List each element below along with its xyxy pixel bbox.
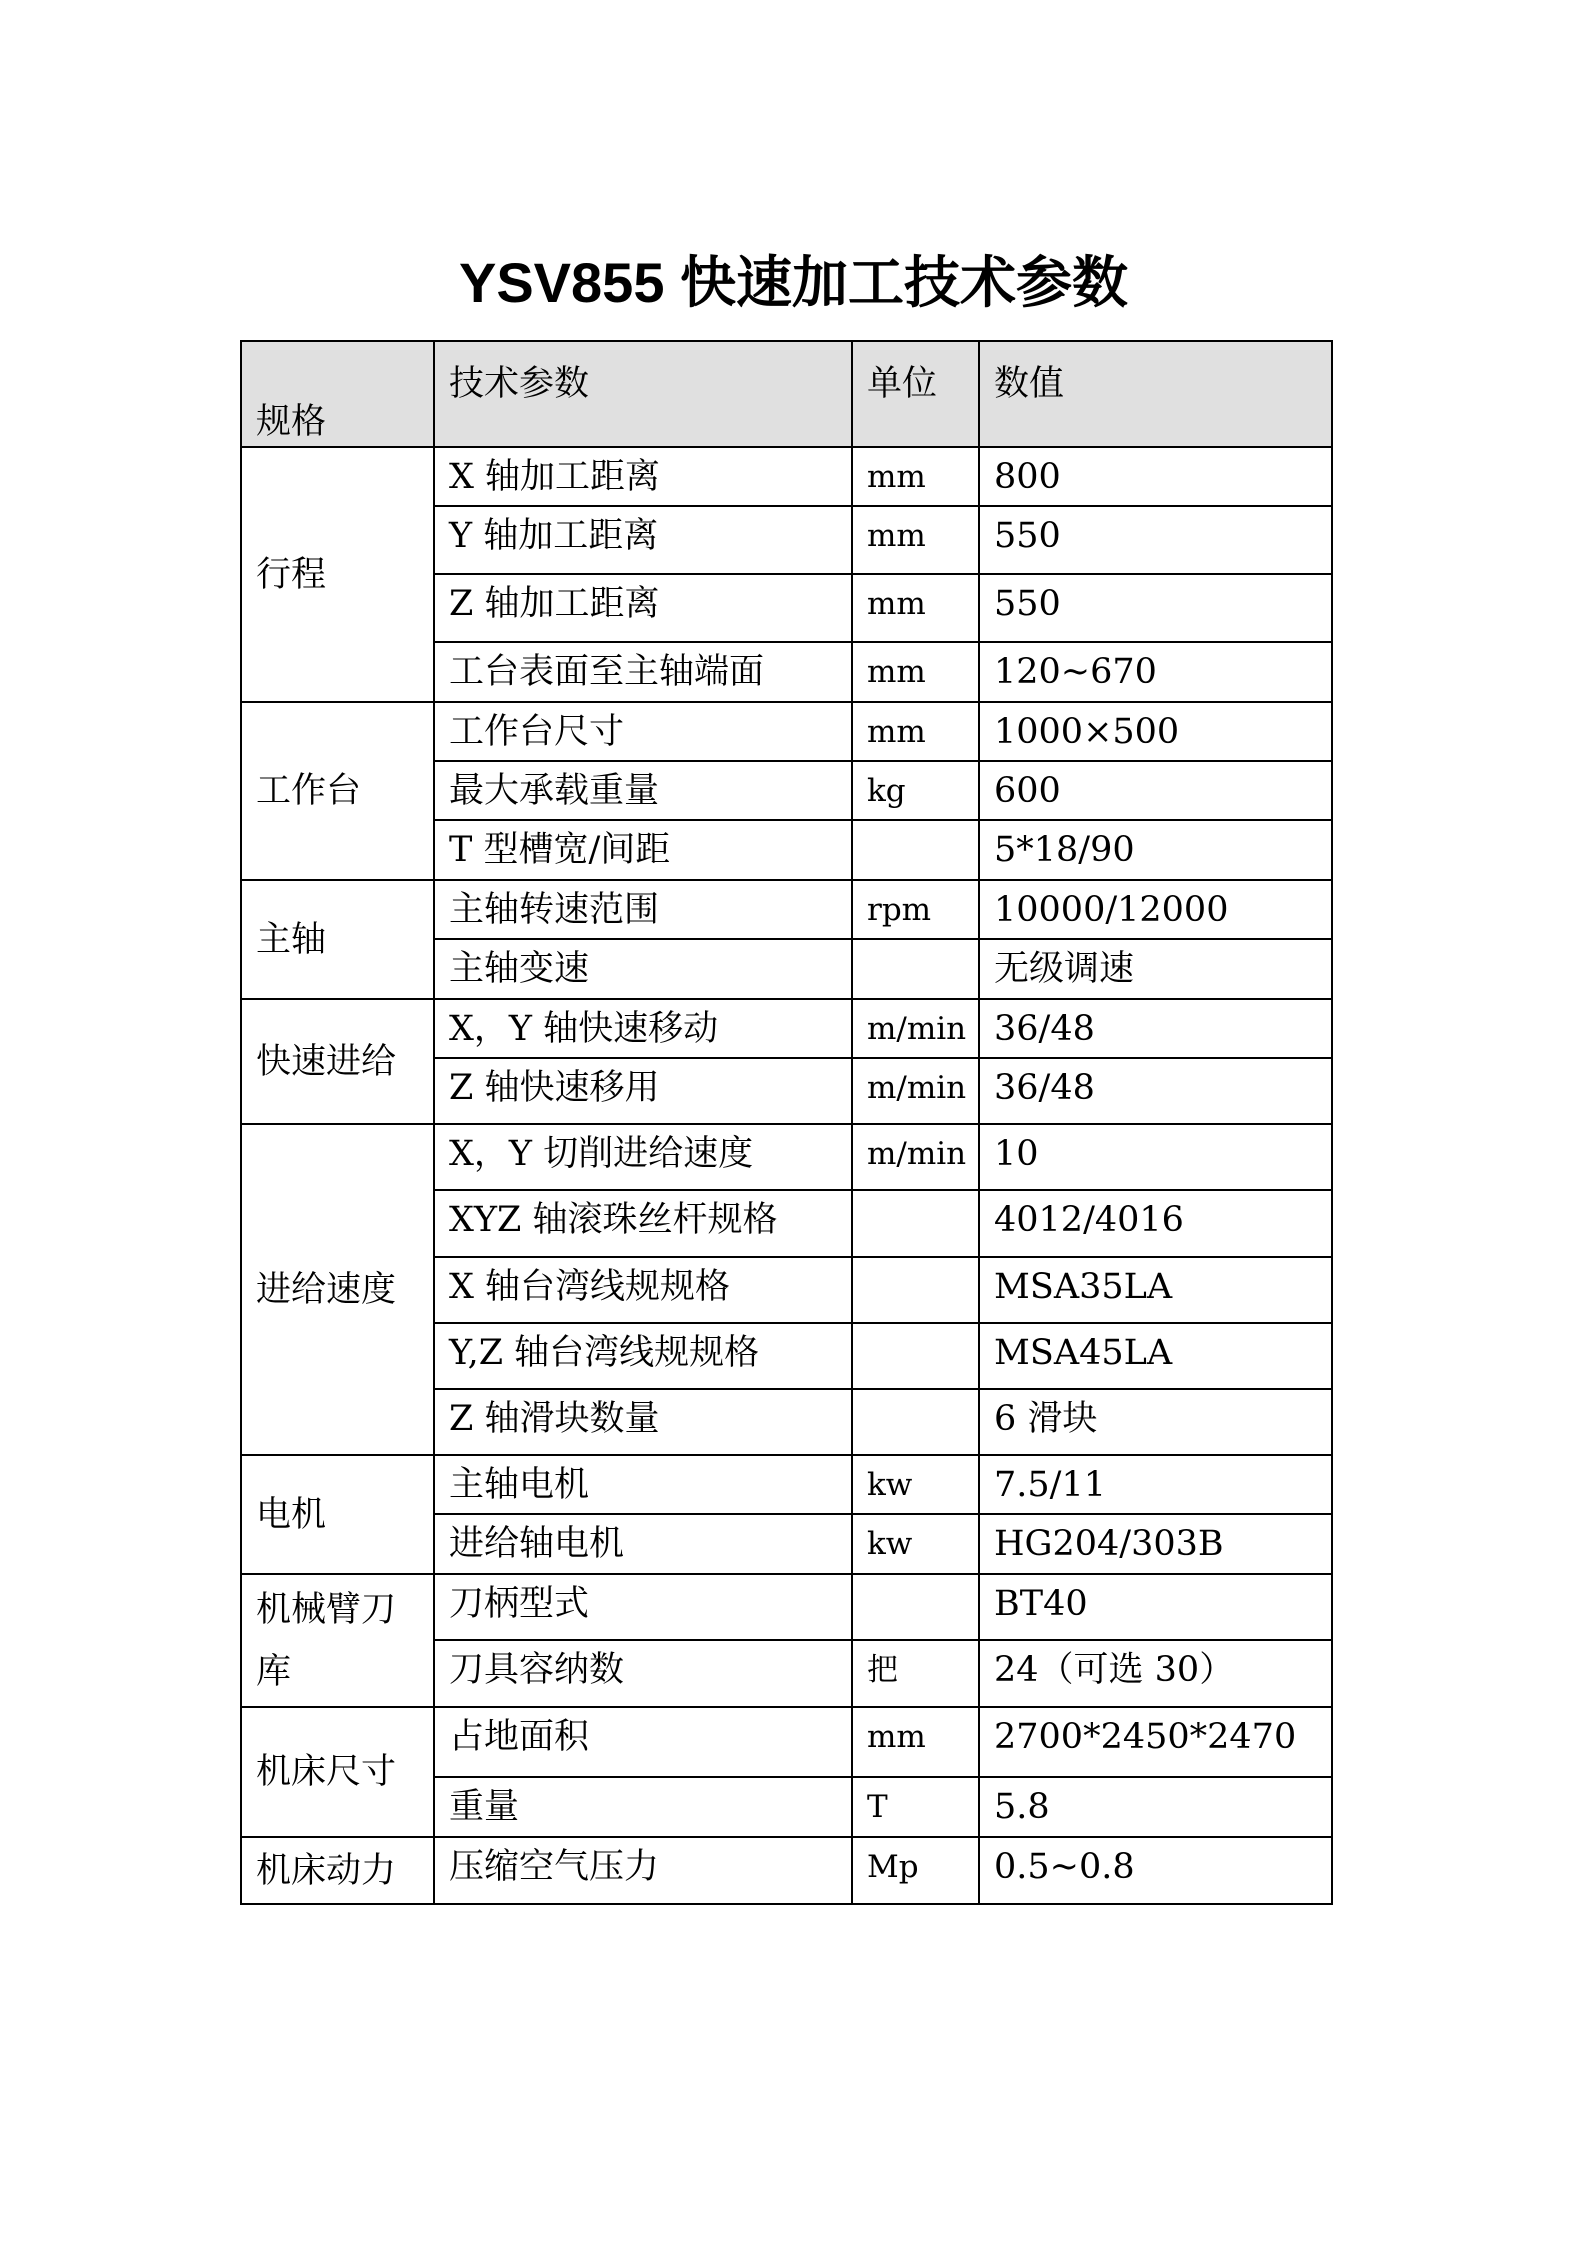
table-row: 工作台 工作台尺寸 mm 1000×500 <box>241 702 1332 761</box>
value-cell: 0.5~0.8 <box>979 1837 1332 1904</box>
header-value: 数值 <box>979 341 1332 447</box>
unit-cell: m/min <box>852 1058 979 1124</box>
value-cell: 7.5/11 <box>979 1455 1332 1514</box>
value-cell: 120~670 <box>979 642 1332 702</box>
value-cell: 6 滑块 <box>979 1389 1332 1455</box>
value-cell: 5.8 <box>979 1777 1332 1837</box>
unit-cell <box>852 1323 979 1389</box>
value-cell: 600 <box>979 761 1332 820</box>
value-cell: 无级调速 <box>979 939 1332 999</box>
table-row: 进给速度 X，Y 切削进给速度 m/min 10 <box>241 1124 1332 1190</box>
table-row: 行程 X 轴加工距离 mm 800 <box>241 447 1332 506</box>
parameter-cell: 主轴变速 <box>434 939 852 999</box>
unit-cell <box>852 939 979 999</box>
unit-cell: T <box>852 1777 979 1837</box>
unit-cell <box>852 1257 979 1323</box>
value-cell: 36/48 <box>979 1058 1332 1124</box>
parameter-cell: XYZ 轴滚珠丝杆规格 <box>434 1190 852 1257</box>
unit-cell: m/min <box>852 999 979 1058</box>
table-header-row: 规格 技术参数 单位 数值 <box>241 341 1332 447</box>
unit-cell <box>852 1389 979 1455</box>
category-cell: 电机 <box>241 1455 434 1574</box>
unit-cell: mm <box>852 642 979 702</box>
header-parameter: 技术参数 <box>434 341 852 447</box>
parameter-cell: X，Y 切削进给速度 <box>434 1124 852 1190</box>
parameter-cell: 占地面积 <box>434 1707 852 1777</box>
parameter-cell: 刀柄型式 <box>434 1574 852 1640</box>
value-cell: 800 <box>979 447 1332 506</box>
table-row: 主轴 主轴转速范围 rpm 10000/12000 <box>241 880 1332 939</box>
parameter-cell: 刀具容纳数 <box>434 1640 852 1707</box>
value-cell: MSA45LA <box>979 1323 1332 1389</box>
header-category: 规格 <box>241 341 434 447</box>
unit-cell: mm <box>852 702 979 761</box>
parameter-cell: X 轴台湾线规规格 <box>434 1257 852 1323</box>
unit-cell <box>852 820 979 880</box>
parameter-cell: Y,Z 轴台湾线规规格 <box>434 1323 852 1389</box>
value-cell: 36/48 <box>979 999 1332 1058</box>
category-cell: 机床尺寸 <box>241 1707 434 1837</box>
unit-cell <box>852 1574 979 1640</box>
value-cell: 1000×500 <box>979 702 1332 761</box>
parameter-cell: Z 轴快速移用 <box>434 1058 852 1124</box>
value-cell: 550 <box>979 506 1332 574</box>
table-row: 机床动力 压缩空气压力 Mp 0.5~0.8 <box>241 1837 1332 1904</box>
category-cell: 进给速度 <box>241 1124 434 1455</box>
unit-cell: kw <box>852 1455 979 1514</box>
parameter-cell: 压缩空气压力 <box>434 1837 852 1904</box>
unit-cell: kg <box>852 761 979 820</box>
page-title: YSV855 快速加工技术参数 <box>0 248 1587 318</box>
spec-table: 规格 技术参数 单位 数值 行程 X 轴加工距离 mm 800 Y 轴加工距离 … <box>240 340 1333 1905</box>
parameter-cell: Y 轴加工距离 <box>434 506 852 574</box>
category-cell: 工作台 <box>241 702 434 880</box>
value-cell: 4012/4016 <box>979 1190 1332 1257</box>
unit-cell: mm <box>852 1707 979 1777</box>
parameter-cell: X 轴加工距离 <box>434 447 852 506</box>
unit-cell <box>852 1190 979 1257</box>
category-cell: 机械臂刀库 <box>241 1574 434 1707</box>
category-cell: 机床动力 <box>241 1837 434 1904</box>
unit-cell: mm <box>852 447 979 506</box>
value-cell: BT40 <box>979 1574 1332 1640</box>
value-cell: 10 <box>979 1124 1332 1190</box>
parameter-cell: 最大承载重量 <box>434 761 852 820</box>
value-cell: 5*18/90 <box>979 820 1332 880</box>
value-cell: 24（可选 30） <box>979 1640 1332 1707</box>
value-cell: 550 <box>979 574 1332 642</box>
parameter-cell: 主轴转速范围 <box>434 880 852 939</box>
value-cell: 10000/12000 <box>979 880 1332 939</box>
unit-cell: m/min <box>852 1124 979 1190</box>
unit-cell: mm <box>852 574 979 642</box>
parameter-cell: X，Y 轴快速移动 <box>434 999 852 1058</box>
category-cell: 快速进给 <box>241 999 434 1124</box>
category-cell: 主轴 <box>241 880 434 999</box>
parameter-cell: 重量 <box>434 1777 852 1837</box>
parameter-cell: 主轴电机 <box>434 1455 852 1514</box>
value-cell: HG204/303B <box>979 1514 1332 1574</box>
unit-cell: rpm <box>852 880 979 939</box>
parameter-cell: T 型槽宽/间距 <box>434 820 852 880</box>
parameter-cell: Z 轴加工距离 <box>434 574 852 642</box>
unit-cell: kw <box>852 1514 979 1574</box>
header-unit: 单位 <box>852 341 979 447</box>
parameter-cell: 工台表面至主轴端面 <box>434 642 852 702</box>
category-cell: 行程 <box>241 447 434 702</box>
value-cell: MSA35LA <box>979 1257 1332 1323</box>
unit-cell: mm <box>852 506 979 574</box>
unit-cell: 把 <box>852 1640 979 1707</box>
table-row: 电机 主轴电机 kw 7.5/11 <box>241 1455 1332 1514</box>
unit-cell: Mp <box>852 1837 979 1904</box>
parameter-cell: Z 轴滑块数量 <box>434 1389 852 1455</box>
table-row: 快速进给 X，Y 轴快速移动 m/min 36/48 <box>241 999 1332 1058</box>
table-row: 机械臂刀库 刀柄型式 BT40 <box>241 1574 1332 1640</box>
parameter-cell: 工作台尺寸 <box>434 702 852 761</box>
parameter-cell: 进给轴电机 <box>434 1514 852 1574</box>
table-row: 机床尺寸 占地面积 mm 2700*2450*2470 <box>241 1707 1332 1777</box>
value-cell: 2700*2450*2470 <box>979 1707 1332 1777</box>
